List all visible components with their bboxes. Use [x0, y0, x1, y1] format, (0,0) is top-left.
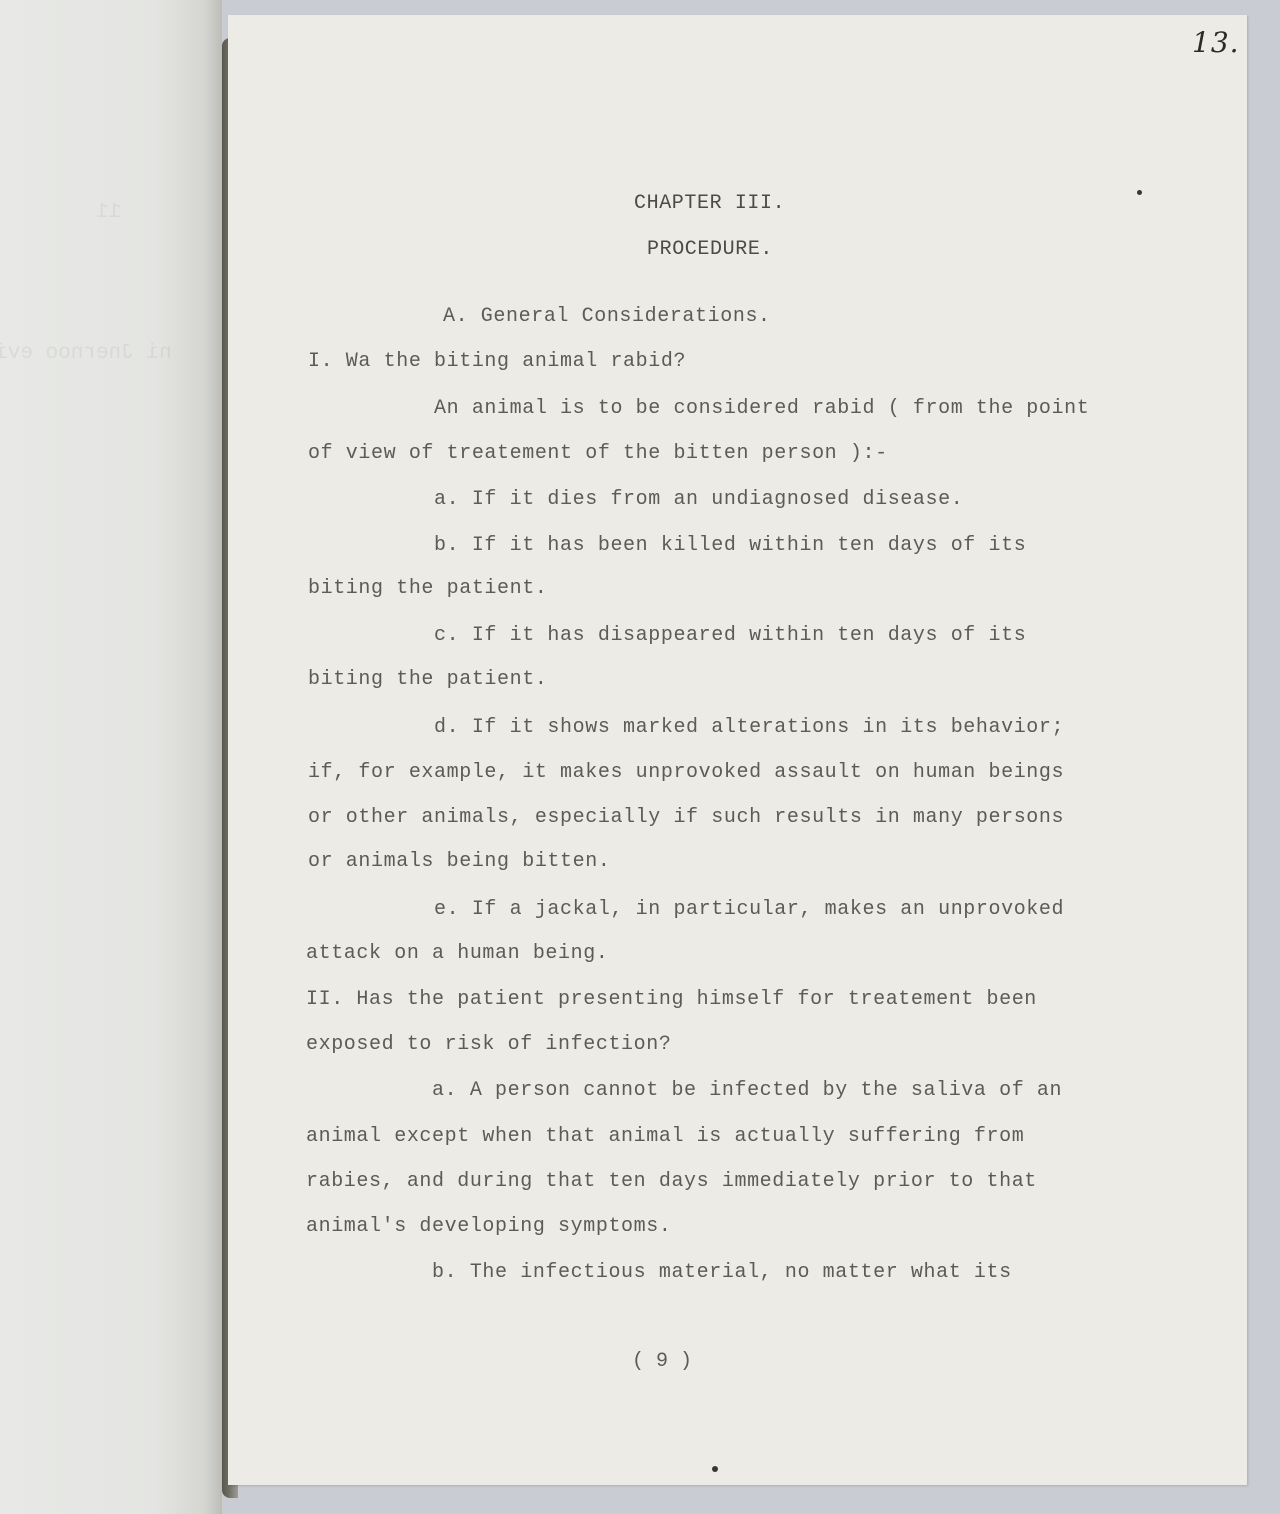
body-line: attack on a human being.: [306, 942, 608, 965]
body-line: II. Has the patient presenting himself f…: [306, 988, 1037, 1011]
body-line: a. A person cannot be infected by the sa…: [306, 1079, 1062, 1102]
body-line: exposed to risk of infection?: [306, 1033, 671, 1056]
ghost-line: 11: [0, 189, 222, 236]
body-line: a. If it dies from an undiagnosed diseas…: [308, 488, 963, 511]
body-line: if, for example, it makes unprovoked ass…: [308, 761, 1064, 784]
body-line: I. Wa the biting animal rabid?: [308, 350, 686, 373]
handwritten-page-number: 13.: [1192, 26, 1240, 59]
body-line: or animals being bitten.: [308, 850, 610, 873]
body-line: biting the patient.: [308, 577, 547, 600]
body-line: animal's developing symptoms.: [306, 1215, 671, 1238]
ghost-line: ni Jnernoo evig: [0, 330, 222, 377]
body-line: c. If it has disappeared within ten days…: [308, 624, 1026, 647]
body-line: b. The infectious material, no matter wh…: [306, 1261, 1012, 1284]
bleed-through-text: 11 ni Jnernoo evig ot ylbaer erow ,erude…: [0, 95, 222, 415]
section-heading: A. General Considerations.: [443, 305, 771, 328]
page-folio: ( 9 ): [632, 1350, 692, 1373]
ink-speck: [1137, 190, 1142, 195]
body-line: animal except when that animal is actual…: [306, 1125, 1024, 1148]
body-line: An animal is to be considered rabid ( fr…: [308, 397, 1089, 420]
body-line: b. If it has been killed within ten days…: [308, 534, 1026, 557]
body-line: of view of treatement of the bitten pers…: [308, 442, 888, 465]
body-line: e. If a jackal, in particular, makes an …: [308, 898, 1064, 921]
chapter-title: CHAPTER III.: [634, 192, 785, 215]
body-line: d. If it shows marked alterations in its…: [308, 716, 1064, 739]
chapter-subtitle: PROCEDURE.: [647, 238, 773, 261]
body-line: or other animals, especially if such res…: [308, 806, 1064, 829]
body-line: biting the patient.: [308, 668, 547, 691]
binding-hole: [712, 1466, 718, 1472]
left-page: 11 ni Jnernoo evig ot ylbaer erow ,erude…: [0, 0, 222, 1514]
body-line: rabies, and during that ten days immedia…: [306, 1170, 1037, 1193]
